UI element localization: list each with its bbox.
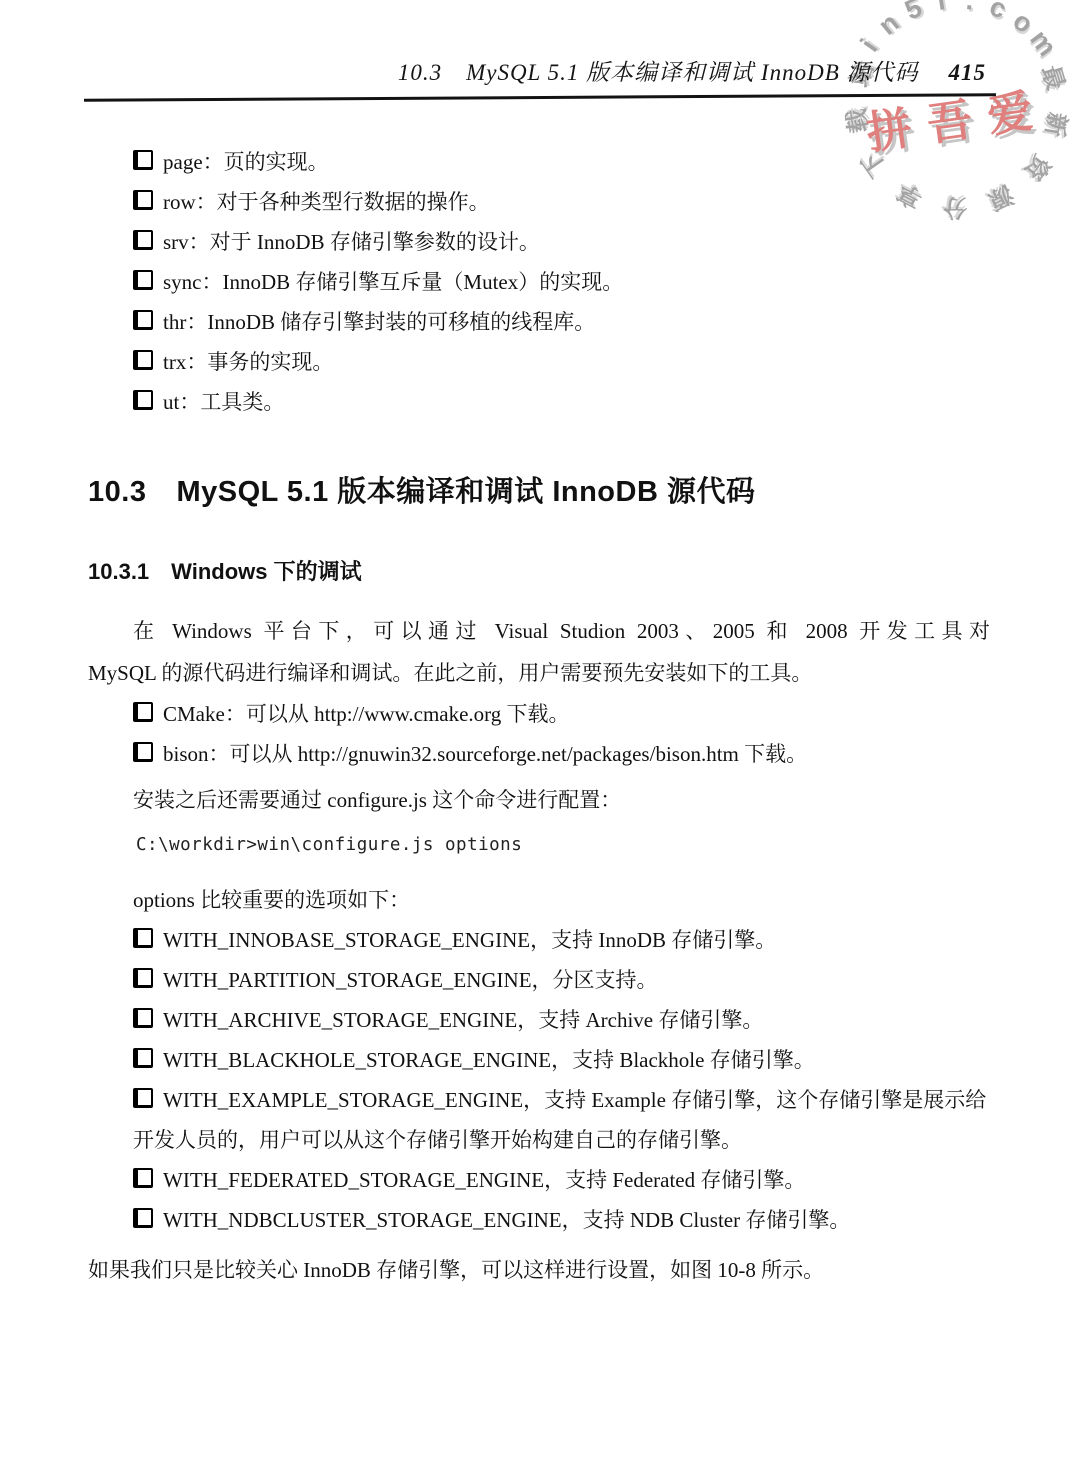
list-item-text: WITH_ARCHIVE_STORAGE_ENGINE，支持 Archive 存… bbox=[163, 1008, 763, 1032]
options-list-item: WITH_FEDERATED_STORAGE_ENGINE，支持 Federat… bbox=[88, 1160, 990, 1200]
list-item-text: CMake：可以从 http://www.cmake.org 下载。 bbox=[163, 702, 570, 726]
code-line: C:\workdir>win\configure.js options bbox=[88, 834, 990, 856]
page-body: page：页的实现。row：对于各种类型行数据的操作。srv：对于 InnoDB… bbox=[0, 0, 1080, 1290]
options-list: WITH_INNOBASE_STORAGE_ENGINE，支持 InnoDB 存… bbox=[88, 920, 990, 1240]
intro-line-1: 在 Windows 平台下，可以通过 Visual Studion 2003、2… bbox=[88, 610, 990, 652]
module-list-item: page：页的实现。 bbox=[88, 142, 990, 182]
page-number: 415 bbox=[949, 60, 987, 85]
checkbox-bullet-icon bbox=[133, 1048, 153, 1068]
module-list: page：页的实现。row：对于各种类型行数据的操作。srv：对于 InnoDB… bbox=[88, 142, 990, 422]
list-item-text: thr：InnoDB 储存引擎封装的可移植的线程库。 bbox=[163, 310, 595, 334]
checkbox-bullet-icon bbox=[133, 1008, 153, 1028]
section-title: MySQL 5.1 版本编译和调试 InnoDB 源代码 bbox=[176, 476, 755, 508]
tool-list: CMake：可以从 http://www.cmake.org 下载。bison：… bbox=[88, 694, 990, 774]
module-list-item: trx：事务的实现。 bbox=[88, 342, 990, 382]
configure-note: 安装之后还需要通过 configure.js 这个命令进行配置： bbox=[88, 780, 990, 820]
tool-list-item: CMake：可以从 http://www.cmake.org 下载。 bbox=[88, 694, 990, 734]
section-heading: 10.3MySQL 5.1 版本编译和调试 InnoDB 源代码 bbox=[88, 474, 990, 510]
list-item-text: WITH_BLACKHOLE_STORAGE_ENGINE，支持 Blackho… bbox=[163, 1048, 815, 1072]
options-list-item: WITH_BLACKHOLE_STORAGE_ENGINE，支持 Blackho… bbox=[88, 1040, 990, 1080]
options-list-item: WITH_NDBCLUSTER_STORAGE_ENGINE，支持 NDB Cl… bbox=[88, 1200, 990, 1240]
checkbox-bullet-icon bbox=[133, 928, 153, 948]
module-list-item: row：对于各种类型行数据的操作。 bbox=[88, 182, 990, 222]
list-item-text: WITH_NDBCLUSTER_STORAGE_ENGINE，支持 NDB Cl… bbox=[163, 1208, 850, 1232]
list-item-text: sync：InnoDB 存储引擎互斥量（Mutex）的实现。 bbox=[163, 270, 623, 294]
checkbox-bullet-icon bbox=[133, 390, 153, 410]
module-list-item: thr：InnoDB 储存引擎封装的可移植的线程库。 bbox=[88, 302, 990, 342]
options-list-item: WITH_INNOBASE_STORAGE_ENGINE，支持 InnoDB 存… bbox=[88, 920, 990, 960]
checkbox-bullet-icon bbox=[133, 1088, 153, 1108]
list-item-text: trx：事务的实现。 bbox=[163, 350, 333, 374]
options-list-item: WITH_ARCHIVE_STORAGE_ENGINE，支持 Archive 存… bbox=[88, 1000, 990, 1040]
list-item-text: bison：可以从 http://gnuwin32.sourceforge.ne… bbox=[163, 742, 807, 766]
module-list-item: srv：对于 InnoDB 存储引擎参数的设计。 bbox=[88, 222, 990, 262]
section-number: 10.3 bbox=[88, 476, 146, 508]
tool-list-item: bison：可以从 http://gnuwin32.sourceforge.ne… bbox=[88, 734, 990, 774]
running-header-title: 10.3 MySQL 5.1 版本编译和调试 InnoDB 源代码 bbox=[398, 60, 919, 85]
list-item-text: WITH_EXAMPLE_STORAGE_ENGINE，支持 Example 存… bbox=[133, 1088, 986, 1152]
list-item-text: WITH_PARTITION_STORAGE_ENGINE，分区支持。 bbox=[163, 968, 658, 992]
options-list-item: WITH_PARTITION_STORAGE_ENGINE，分区支持。 bbox=[88, 960, 990, 1000]
checkbox-bullet-icon bbox=[133, 742, 153, 762]
checkbox-bullet-icon bbox=[133, 968, 153, 988]
list-item-text: WITH_FEDERATED_STORAGE_ENGINE，支持 Federat… bbox=[163, 1168, 805, 1192]
list-item-text: WITH_INNOBASE_STORAGE_ENGINE，支持 InnoDB 存… bbox=[163, 928, 776, 952]
list-item-text: page：页的实现。 bbox=[163, 150, 329, 174]
checkbox-bullet-icon bbox=[133, 1208, 153, 1228]
book-page: in5i.com最新资源分享下载站 拼吾爱 10.3 MySQL 5.1 版本编… bbox=[0, 0, 1080, 1478]
subsection-number: 10.3.1 bbox=[88, 559, 149, 584]
options-note: options 比较重要的选项如下： bbox=[88, 880, 990, 920]
running-header: 10.3 MySQL 5.1 版本编译和调试 InnoDB 源代码415 bbox=[398, 54, 986, 87]
checkbox-bullet-icon bbox=[133, 1168, 153, 1188]
intro-line-2: MySQL 的源代码进行编译和调试。在此之前，用户需要预先安装如下的工具。 bbox=[88, 652, 990, 694]
list-item-text: ut：工具类。 bbox=[163, 390, 284, 414]
checkbox-bullet-icon bbox=[133, 230, 153, 250]
module-list-item: sync：InnoDB 存储引擎互斥量（Mutex）的实现。 bbox=[88, 262, 990, 302]
module-list-item: ut：工具类。 bbox=[88, 382, 990, 422]
checkbox-bullet-icon bbox=[133, 702, 153, 722]
checkbox-bullet-icon bbox=[133, 270, 153, 290]
list-item-text: row：对于各种类型行数据的操作。 bbox=[163, 190, 490, 214]
subsection-heading: 10.3.1Windows 下的调试 bbox=[88, 558, 990, 586]
options-list-item: WITH_EXAMPLE_STORAGE_ENGINE，支持 Example 存… bbox=[88, 1080, 990, 1160]
checkbox-bullet-icon bbox=[133, 350, 153, 370]
list-item-text: srv：对于 InnoDB 存储引擎参数的设计。 bbox=[163, 230, 540, 254]
closing-paragraph: 如果我们只是比较关心 InnoDB 存储引擎，可以这样进行设置，如图 10-8 … bbox=[88, 1250, 990, 1290]
checkbox-bullet-icon bbox=[133, 150, 153, 170]
checkbox-bullet-icon bbox=[133, 190, 153, 210]
subsection-title: Windows 下的调试 bbox=[171, 559, 361, 584]
checkbox-bullet-icon bbox=[133, 310, 153, 330]
